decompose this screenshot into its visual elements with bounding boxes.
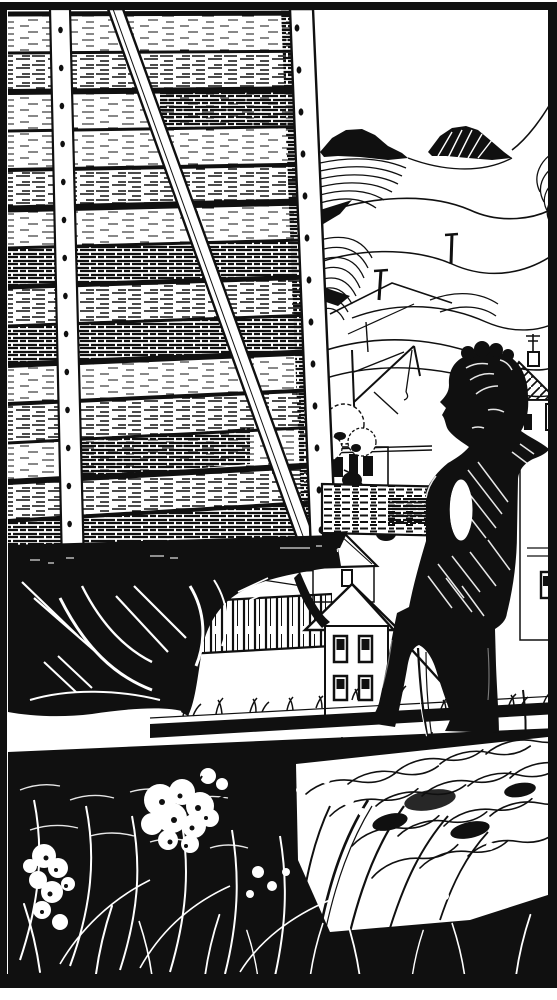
meadow bbox=[8, 728, 557, 982]
boxcar bbox=[8, 9, 340, 574]
illustration-page bbox=[0, 0, 557, 1000]
light-grass-patch bbox=[296, 736, 557, 932]
illustration-canvas bbox=[0, 0, 557, 1000]
window bbox=[342, 570, 352, 586]
chimney bbox=[528, 352, 539, 366]
window bbox=[333, 457, 343, 477]
woodcut-illustration bbox=[0, 0, 557, 1000]
window bbox=[363, 456, 373, 476]
